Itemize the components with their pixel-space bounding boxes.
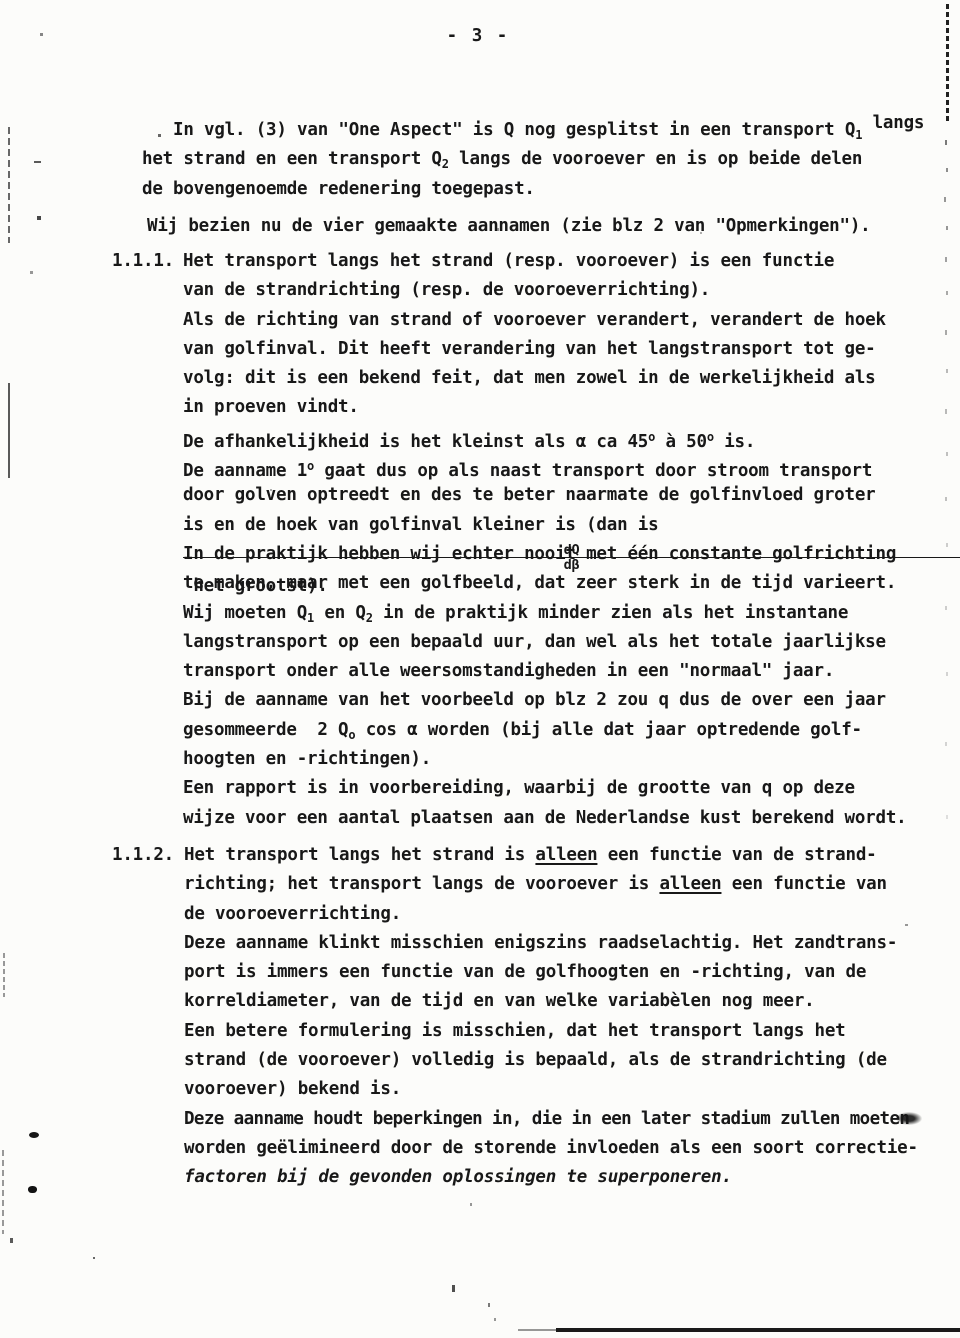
text-line: Als de richting van strand of vooroever … bbox=[183, 306, 960, 335]
text-line: Deze aanname klinkt misschien enigszins … bbox=[184, 929, 960, 958]
text-line: strand (de vooroever) volledig is bepaal… bbox=[184, 1046, 960, 1075]
scan-speck bbox=[946, 291, 948, 295]
scan-edge-line-left-4 bbox=[2, 1150, 4, 1234]
text-line: Het transport langs het strand (resp. vo… bbox=[183, 247, 960, 276]
page-number: - 3 - bbox=[0, 26, 956, 46]
text-line: in proeven vindt. bbox=[183, 393, 960, 422]
text-line: van de strandrichting (resp. de vooroeve… bbox=[183, 276, 960, 305]
scan-speck bbox=[93, 1257, 95, 1259]
scan-speck bbox=[945, 140, 947, 145]
scan-speck bbox=[945, 742, 947, 746]
text-line: van golfinval. Dit heeft verandering van… bbox=[183, 335, 960, 364]
text-line: Bij de aanname van het voorbeeld op blz … bbox=[183, 686, 960, 715]
scan-speck bbox=[497, 228, 499, 231]
text-line: door golven optreedt en des te beter naa… bbox=[183, 481, 960, 510]
text-line: langstransport op een bepaald uur, dan w… bbox=[183, 628, 960, 657]
text-line: Wij bezien nu de vier gemaakte aannamen … bbox=[147, 212, 947, 241]
scan-bottom-bar-lead bbox=[518, 1329, 556, 1331]
scan-edge-line-right bbox=[946, 4, 949, 122]
text-line: Het transport langs het strand is alleen… bbox=[184, 841, 960, 870]
ink-blob bbox=[28, 1186, 37, 1193]
section-number-1-1-1: 1.1.1. bbox=[112, 247, 174, 276]
scanned-page: - 3 - In vgl. (3) van "One Aspect" is Q … bbox=[0, 0, 960, 1338]
section-number-1-1-2: 1.1.2. bbox=[112, 841, 174, 870]
scan-edge-line-left-3 bbox=[3, 953, 5, 997]
text-line: In de praktijk hebben wij echter nooit m… bbox=[183, 540, 960, 569]
text-line: De aanname 1o gaat dus op als naast tran… bbox=[183, 452, 960, 481]
text-line: het strand en een transport Q2 langs de … bbox=[142, 145, 942, 174]
scan-speck bbox=[470, 1203, 472, 1206]
scan-speck bbox=[905, 924, 908, 926]
text-line: wijze voor een aantal plaatsen aan de Ne… bbox=[183, 804, 960, 833]
scan-speck bbox=[945, 330, 947, 335]
text-line: hoogten en -richtingen). bbox=[183, 745, 960, 774]
text-line: In vgl. (3) van "One Aspect" is Q nog ge… bbox=[142, 116, 942, 145]
text-line: vooroever) bekend is. bbox=[184, 1075, 960, 1104]
text-line: port is immers een functie van de golfho… bbox=[184, 958, 960, 987]
scan-speck bbox=[37, 216, 41, 220]
intro-paragraph: In vgl. (3) van "One Aspect" is Q nog ge… bbox=[142, 116, 942, 204]
text-line: is en de hoek van golfinval kleiner is (… bbox=[183, 511, 960, 540]
text-line: de vooroeverrichting. bbox=[184, 900, 960, 929]
scan-speck bbox=[946, 452, 948, 456]
scan-speck bbox=[946, 369, 948, 373]
scan-speck bbox=[946, 226, 948, 230]
scan-speck bbox=[945, 257, 947, 262]
scan-speck bbox=[40, 33, 43, 36]
scan-edge-line-left-2 bbox=[8, 383, 10, 478]
text-line: Deze aanname houdt beperkingen in, die i… bbox=[184, 1105, 960, 1134]
scan-speck bbox=[946, 672, 948, 676]
text-line: Wij moeten Q1 en Q2 in de praktijk minde… bbox=[183, 599, 960, 628]
scan-speck bbox=[34, 161, 41, 163]
scan-speck bbox=[30, 271, 33, 274]
text-line: Een rapport is in voorbereiding, waarbij… bbox=[183, 774, 960, 803]
scan-bottom-bar bbox=[556, 1328, 960, 1332]
text-line: De afhankelijkheid is het kleinst als α … bbox=[183, 423, 960, 452]
scan-speck bbox=[946, 815, 948, 819]
scan-edge-line-left-1 bbox=[8, 127, 10, 243]
text-line: Een betere formulering is misschien, dat… bbox=[184, 1017, 960, 1046]
section-body-1-1-2: Het transport langs het strand is alleen… bbox=[184, 841, 960, 1193]
scan-speck bbox=[270, 489, 272, 491]
scan-speck bbox=[944, 197, 946, 202]
scan-speck bbox=[494, 1318, 496, 1321]
text-line: factoren bij de gevonden oplossingen te … bbox=[184, 1163, 960, 1192]
scan-speck bbox=[158, 134, 161, 137]
text-line: transport onder alle weersomstandigheden… bbox=[183, 657, 960, 686]
remark-paragraph: Wij bezien nu de vier gemaakte aannamen … bbox=[147, 212, 947, 241]
scan-speck bbox=[945, 409, 947, 414]
scan-speck bbox=[452, 1285, 455, 1292]
ink-blob bbox=[29, 1132, 39, 1138]
text-line: volg: dit is een bekend feit, dat men zo… bbox=[183, 364, 960, 393]
scan-speck bbox=[488, 1303, 490, 1307]
scan-speck bbox=[700, 232, 702, 234]
text-line: worden geëlimineerd door de storende inv… bbox=[184, 1134, 960, 1163]
section-body-1-1-1: Het transport langs het strand (resp. vo… bbox=[183, 247, 960, 833]
scan-speck bbox=[945, 497, 947, 501]
scan-speck bbox=[10, 1238, 13, 1243]
scan-speck bbox=[946, 168, 948, 172]
scan-speck bbox=[945, 606, 947, 610]
text-line: de bovengenoemde redenering toegepast. bbox=[142, 175, 942, 204]
text-line: gesommeerde 2 Qo cos α worden (bij alle … bbox=[183, 716, 960, 745]
text-line: korreldiameter, van de tijd en van welke… bbox=[184, 987, 960, 1016]
text-line: te maken, maar met een golfbeeld, dat ze… bbox=[183, 569, 960, 598]
scan-speck bbox=[946, 543, 948, 547]
text-line: richting; het transport langs de vooroev… bbox=[184, 870, 960, 899]
